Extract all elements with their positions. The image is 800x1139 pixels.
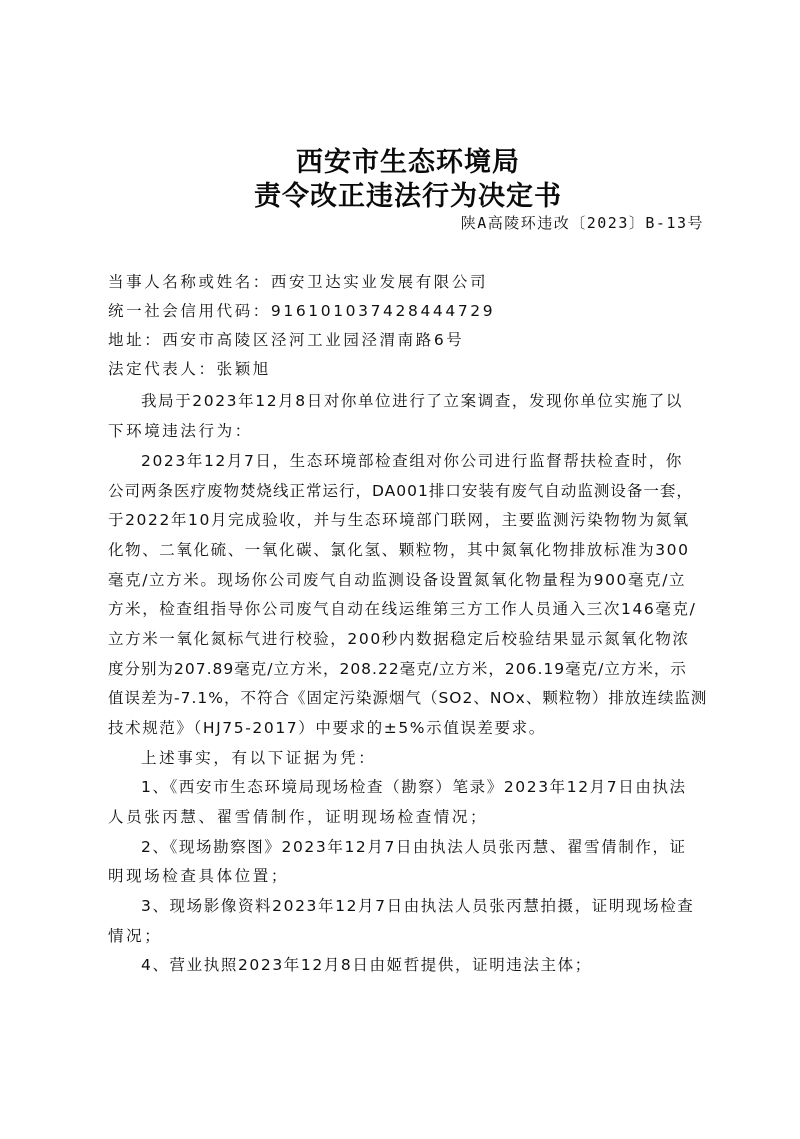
party-name-value: 西安卫达实业发展有限公司	[271, 273, 488, 291]
body-line: 化物、二氧化硫、一氧化碳、氯化氢、颗粒物，其中氮氧化物排放标准为300	[108, 540, 706, 560]
body-line: 值误差为-7.1%，不符合《固定污染源烟气（SO2、NOx、颗粒物）排放连续监测	[108, 688, 706, 708]
body-line: 度分别为207.89毫克/立方米，208.22毫克/立方米，206.19毫克/立…	[108, 659, 706, 679]
evidence-item: 4、营业执照2023年12月8日由姬哲提供，证明违法主体；	[141, 955, 739, 975]
body-line: 立方米一氧化氮标气进行校验，200秒内数据稳定后校验结果显示氮氧化物浓	[108, 629, 706, 649]
credit-code-row: 统一社会信用代码：916101037428444729	[108, 301, 706, 321]
legal-rep-value: 张颖旭	[217, 360, 271, 378]
body-line: 上述事实，有以下证据为凭：	[141, 748, 739, 768]
address-row: 地址：西安市高陵区泾河工业园泾渭南路6号	[108, 330, 706, 350]
document-title: 责令改正违法行为决定书	[8, 174, 800, 213]
credit-code-label: 统一社会信用代码：	[108, 302, 271, 320]
address-value: 西安市高陵区泾河工业园泾渭南路6号	[162, 331, 464, 349]
evidence-item-cont: 情况；	[108, 926, 706, 946]
party-name-row: 当事人名称或姓名：西安卫达实业发展有限公司	[108, 272, 706, 292]
body-line: 我局于2023年12月8日对你单位进行了立案调查，发现你单位实施了以	[141, 391, 739, 411]
evidence-item: 2、《现场勘察图》2023年12月7日由执法人员张丙慧、翟雪倩制作，证	[141, 837, 739, 857]
document-number: 陕A高陵环违改〔2023〕B-13号	[461, 212, 704, 233]
document-page: 西安市生态环境局 责令改正违法行为决定书 陕A高陵环违改〔2023〕B-13号 …	[0, 0, 800, 1139]
body-line: 毫克/立方米。现场你公司废气自动监测设备设置氮氧化物量程为900毫克/立	[108, 570, 706, 590]
evidence-item: 1、《西安市生态环境局现场检查（勘察）笔录》2023年12月7日由执法	[141, 777, 739, 797]
evidence-item-cont: 人员张丙慧、翟雪倩制作，证明现场检查情况；	[108, 807, 706, 827]
body-line: 公司两条医疗废物焚烧线正常运行，DA001排口安装有废气自动监测设备一套，	[108, 481, 706, 501]
legal-rep-row: 法定代表人：张颖旭	[108, 359, 706, 379]
legal-rep-label: 法定代表人：	[108, 360, 217, 378]
body-line: 下环境违法行为：	[108, 421, 706, 441]
body-line: 2023年12月7日，生态环境部检查组对你公司进行监督帮扶检查时，你	[141, 451, 739, 471]
body-line: 于2022年10月完成验收，并与生态环境部门联网，主要监测污染物物为氮氧	[108, 510, 706, 530]
body-line: 技术规范》（HJ75-2017）中要求的±5%示值误差要求。	[108, 718, 706, 738]
body-line: 方米，检查组指导你公司废气自动在线运维第三方工作人员通入三次146毫克/	[108, 599, 706, 619]
evidence-item: 3、现场影像资料2023年12月7日由执法人员张丙慧拍摄，证明现场检查	[141, 896, 739, 916]
evidence-item-cont: 明现场检查具体位置；	[108, 866, 706, 886]
credit-code-value: 916101037428444729	[271, 302, 495, 320]
address-label: 地址：	[108, 331, 162, 349]
party-name-label: 当事人名称或姓名：	[108, 273, 271, 291]
